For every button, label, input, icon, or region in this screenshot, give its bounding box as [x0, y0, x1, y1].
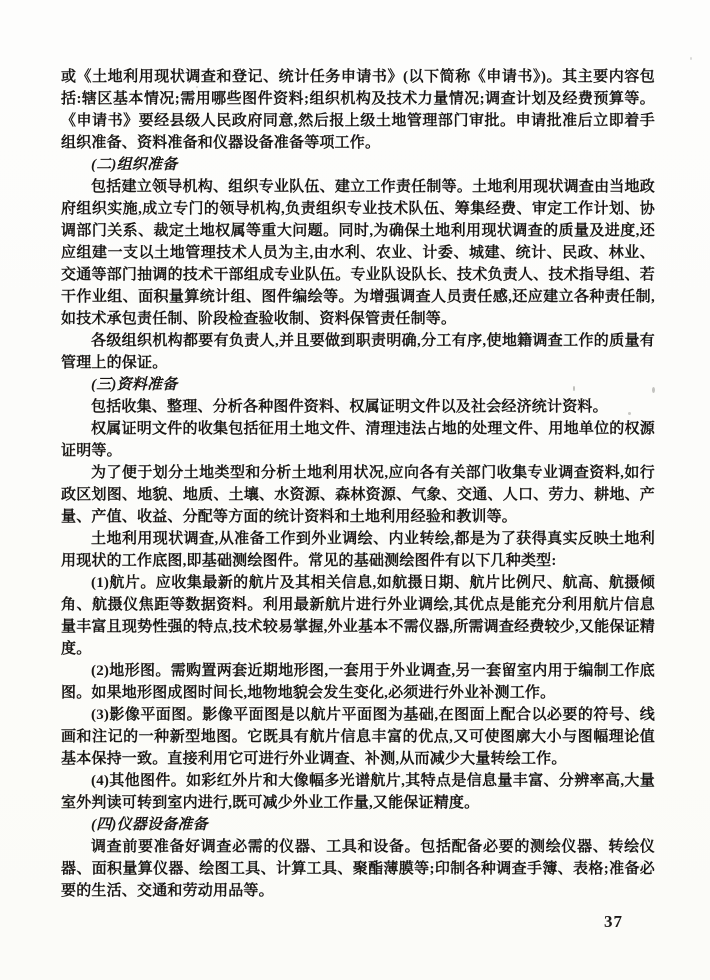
paragraph: (3)影像平面图。影像平面图是以航片平面图为基础,在图面上配合以必要的符号、线画…	[61, 704, 655, 770]
paragraph: 权属证明文件的收集包括征用土地文件、清理违法占地的处理文件、用地单位的权源证明等…	[61, 418, 655, 462]
paragraph: (4)其他图件。如彩红外片和大像幅多光谱航片,其特点是信息量丰富、分辨率高,大量…	[61, 770, 655, 814]
paragraph: 各级组织机构都要有负责人,并且要做到职责明确,分工有序,使地籍调查工作的质量有管…	[61, 330, 655, 374]
scan-speck	[573, 386, 575, 391]
page-number: 37	[604, 912, 623, 932]
scan-speck	[628, 412, 631, 415]
section-heading: (三)资料准备	[61, 374, 655, 396]
paragraph: 调查前要准备好调查必需的仪器、工具和设备。包括配备必要的测绘仪器、转绘仪器、面积…	[61, 836, 655, 902]
section-heading: (四)仪器设备准备	[61, 814, 655, 836]
paragraph: (2)地形图。需购置两套近期地形图,一套用于外业调查,另一套留室内用于编制工作底…	[61, 660, 655, 704]
scan-speck	[652, 387, 655, 393]
page-body-text: 或《土地利用现状调查和登记、统计任务申请书》(以下简称《申请书》)。其主要内容包…	[61, 66, 655, 902]
section-heading: (二)组织准备	[61, 154, 655, 176]
paragraph: 包括建立领导机构、组织专业队伍、建立工作责任制等。土地利用现状调查由当地政府组织…	[61, 176, 655, 330]
paragraph: 为了便于划分土地类型和分析土地利用状况,应向各有关部门收集专业调查资料,如行政区…	[61, 462, 655, 528]
document-page: 或《土地利用现状调查和登记、统计任务申请书》(以下简称《申请书》)。其主要内容包…	[0, 0, 710, 980]
paragraph: (1)航片。应收集最新的航片及其相关信息,如航摄日期、航片比例尺、航高、航摄倾角…	[61, 572, 655, 660]
paragraph: 包括收集、整理、分析各种图件资料、权属证明文件以及社会经济统计资料。	[61, 396, 655, 418]
paragraph: 土地利用现状调查,从准备工作到外业调绘、内业转绘,都是为了获得真实反映土地利用现…	[61, 528, 655, 572]
paragraph: 或《土地利用现状调查和登记、统计任务申请书》(以下简称《申请书》)。其主要内容包…	[61, 66, 655, 154]
scan-speck	[690, 57, 692, 60]
scan-speck	[196, 86, 198, 88]
